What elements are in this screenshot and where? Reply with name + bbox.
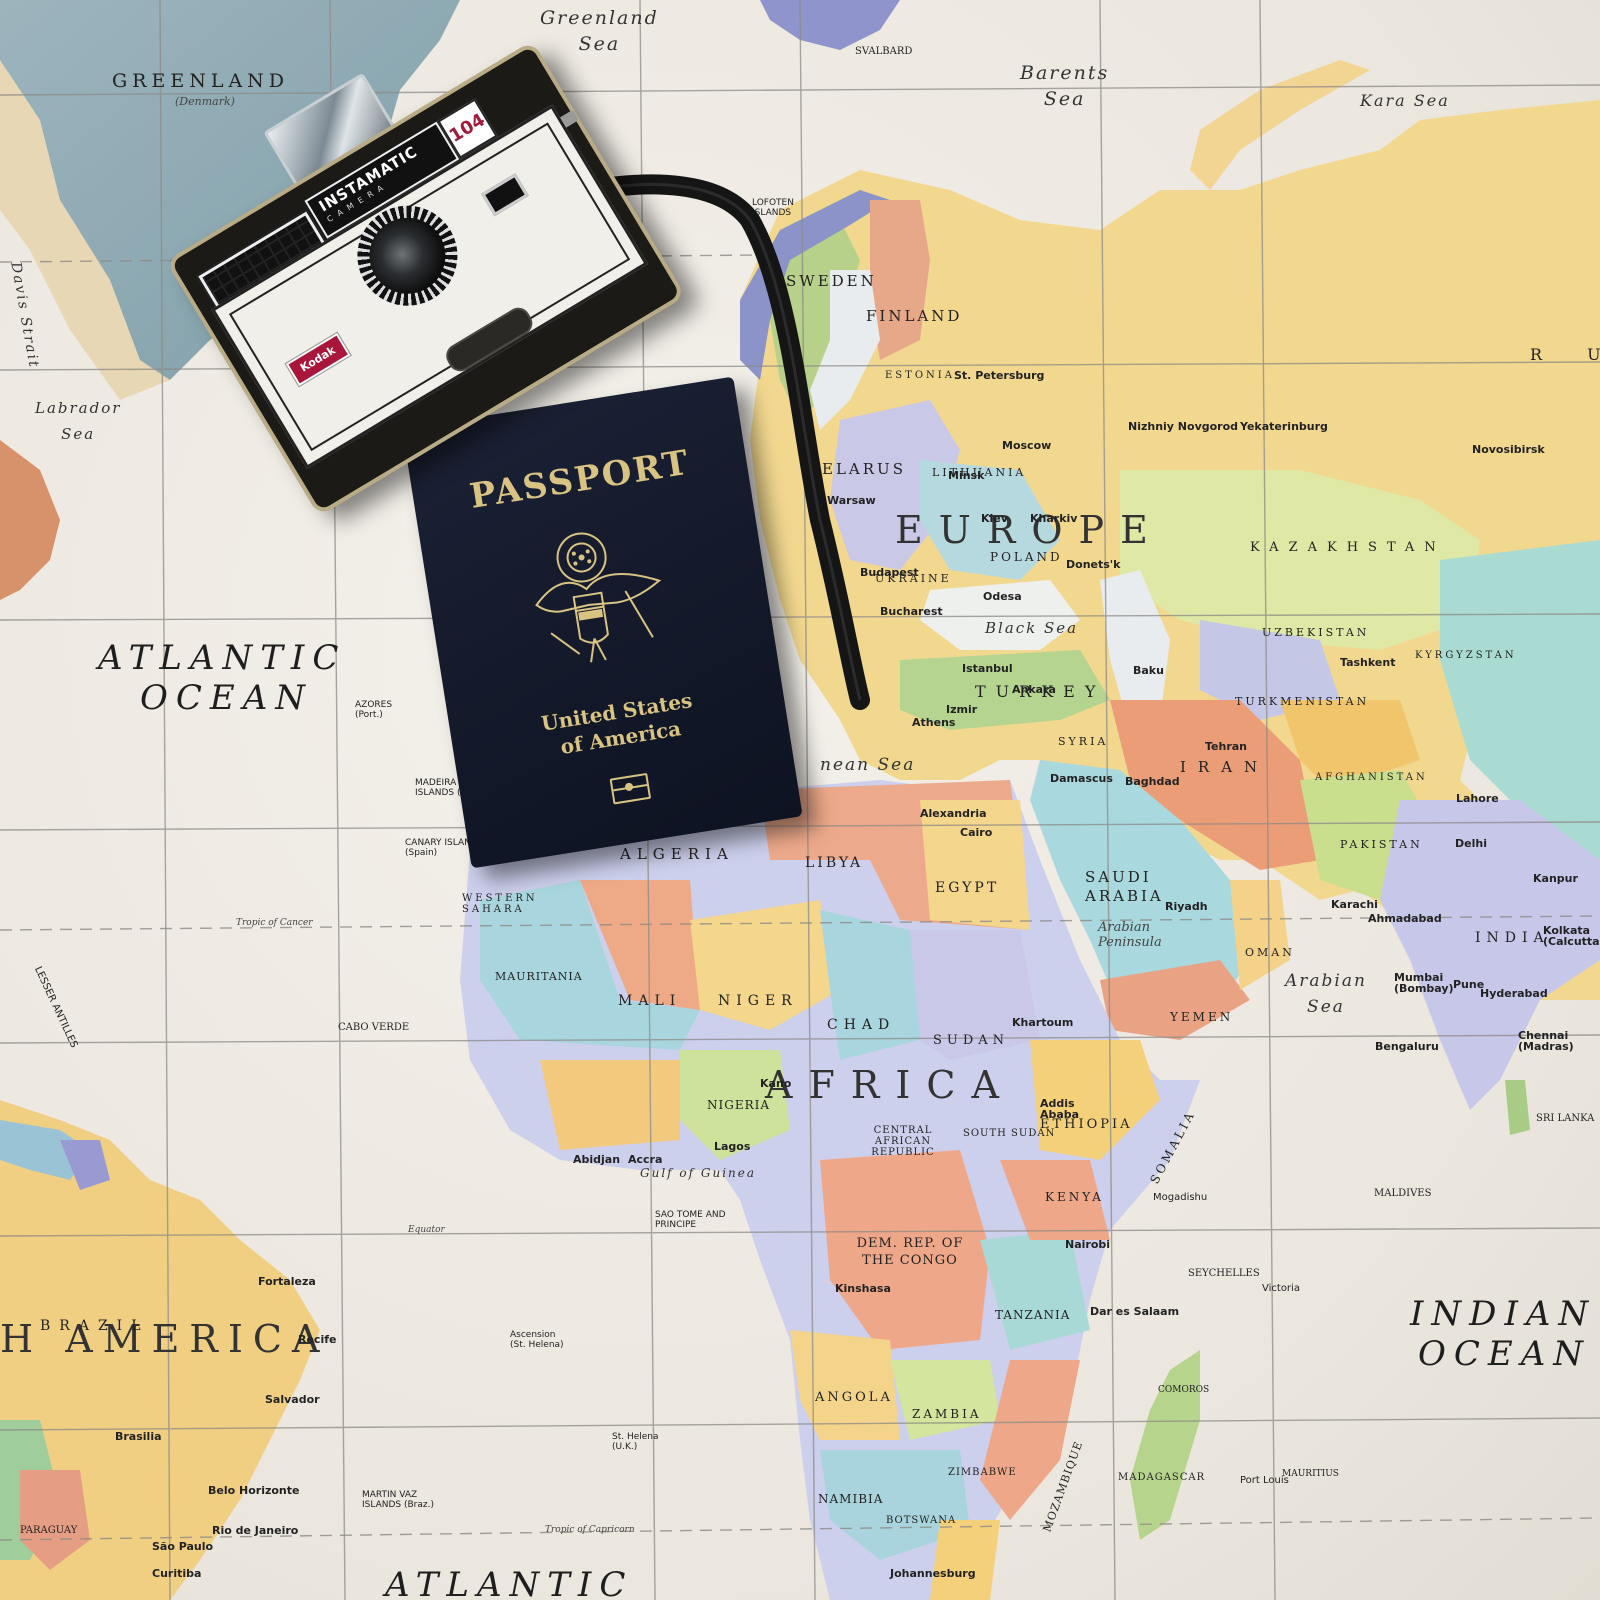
- photo-scene: GREENLAND (Denmark) GreenlandSea Barents…: [0, 0, 1600, 1600]
- passport[interactable]: PASSPORT United States of America: [402, 377, 802, 869]
- eagle-seal-icon: [516, 515, 681, 676]
